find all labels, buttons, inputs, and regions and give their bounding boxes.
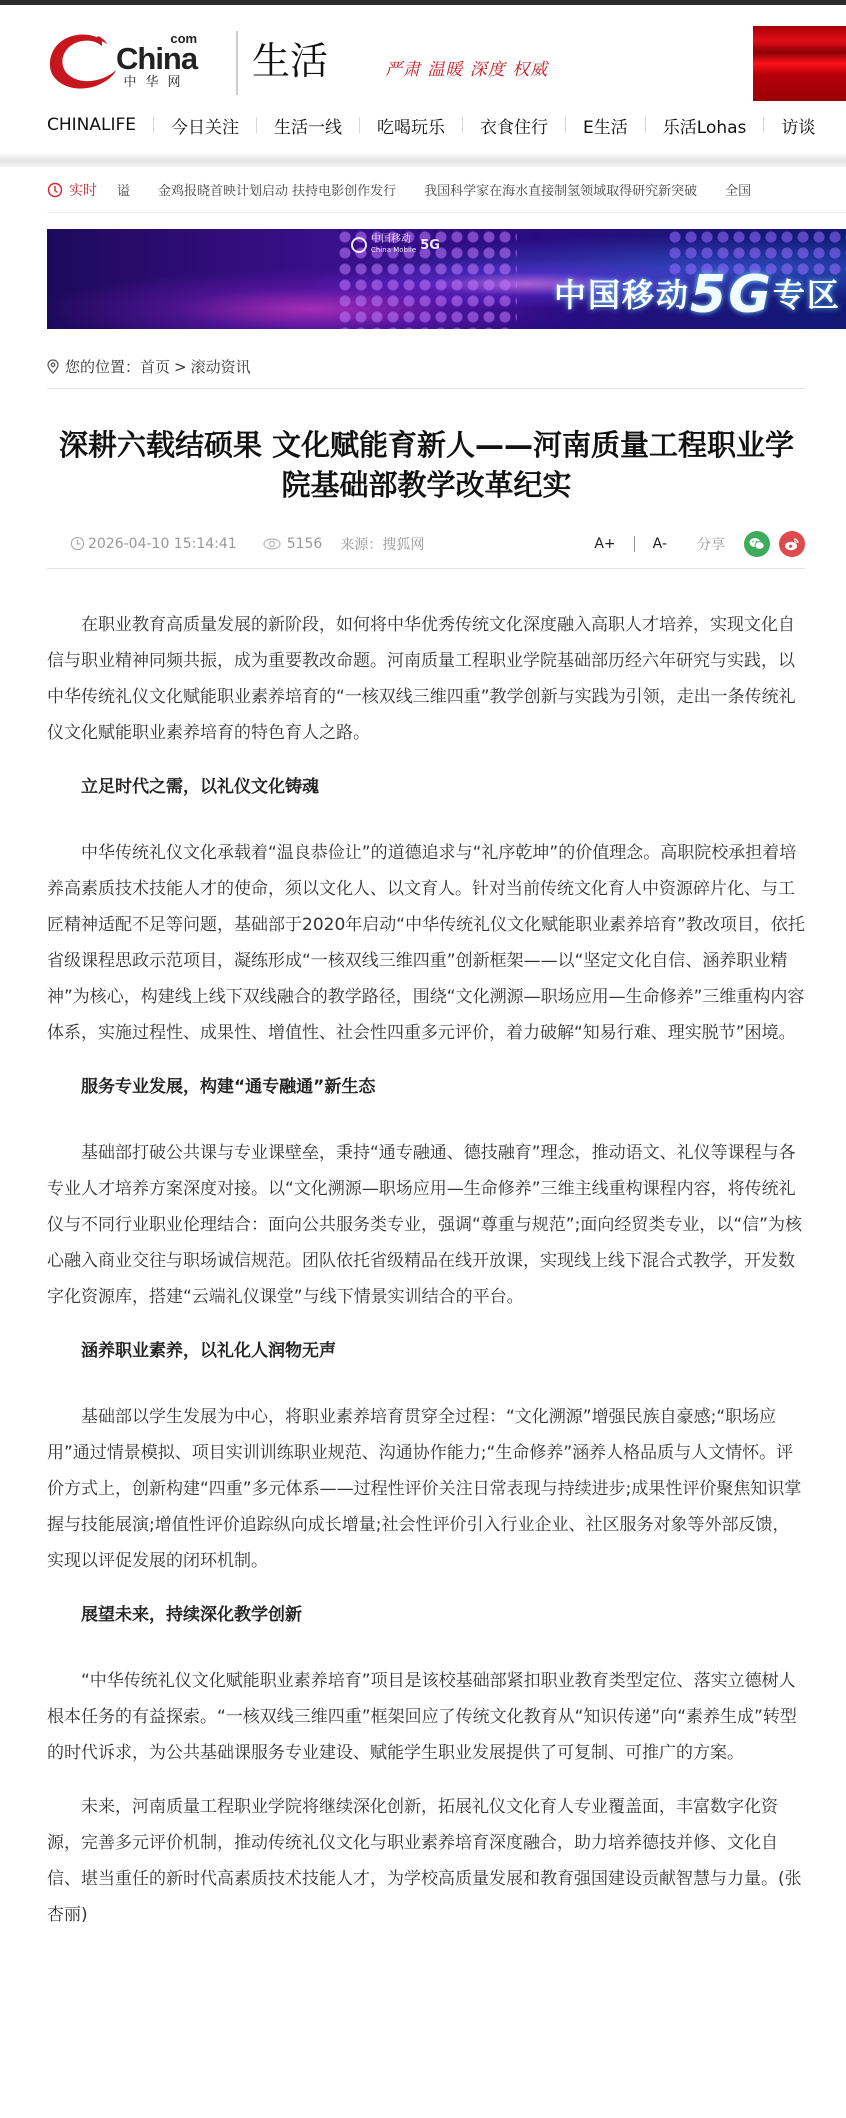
clock-icon [47,182,63,198]
nav-divider [645,117,646,133]
font-decrease-button[interactable]: A- [653,536,667,552]
section-heading: 涵养职业素养，以礼化人润物无声 [47,1333,805,1369]
banner-brand-en: China Mobile [371,245,416,255]
logo-cn: 中华网 [124,75,190,91]
channel-title[interactable]: 生活 [252,39,328,83]
section-heading: 展望未来，持续深化教学创新 [47,1597,805,1633]
section-heading: 立足时代之需，以礼仪文化铸魂 [47,769,805,805]
article-source: 来源：搜狐网 [340,534,424,554]
wechat-icon [749,537,765,551]
clock-icon [70,536,85,551]
nav-divider [153,117,154,133]
nav-divider [763,117,764,133]
nav-item-life-frontline[interactable]: 生活一线 [274,113,342,138]
nav-item-daily-living[interactable]: 衣食住行 [480,113,548,138]
article-title: 深耕六载结硕果 文化赋能育新人——河南质量工程职业学院基础部教学改革纪实 [47,425,806,505]
logo-divider [236,31,238,95]
nav-divider [462,117,463,133]
banner-brand-5g: 5G [420,238,440,253]
article-paragraph: 在职业教育高质量发展的新阶段，如何将中华优秀传统文化深度融入高职人才培养，实现文… [47,607,805,751]
nav-shadow [0,153,846,167]
banner-title-prefix: 中国移动 [554,276,690,314]
weibo-share-button[interactable] [779,531,805,557]
china-mobile-logo-icon [351,237,367,253]
ticker-item[interactable]: 谥 [117,180,130,199]
ticker-item[interactable]: 金鸡报晓首映计划启动 扶持电影创作发行 [158,180,396,199]
logo-c-mark-icon [44,30,122,94]
banner-title-suffix: 专区 [773,276,841,314]
nav-item-food-fun[interactable]: 吃喝玩乐 [377,113,445,138]
banner-brand: 中国移动 China Mobile 5G [351,235,440,255]
china-mobile-5g-banner[interactable]: 中国移动 China Mobile 5G 中国移动5G专区 [47,229,846,329]
page-bottom-spacer [0,1951,846,1991]
location-pin-icon [47,359,59,374]
eye-icon [263,538,281,550]
china-com-logo[interactable]: com China 中华网 [44,27,234,97]
logo-china: China [116,45,197,73]
news-ticker: 实时 谥 金鸡报晓首映计划启动 扶持电影创作发行 我国科学家在海水直接制氢领域取… [47,167,846,213]
breadcrumb-home[interactable]: 首页 [140,356,170,377]
banner-brand-cn: 中国移动 [371,235,416,245]
banner-title: 中国移动5G专区 [554,265,841,325]
breadcrumb: 您的位置： 首页 > 滚动资讯 [47,349,805,389]
article-body: 在职业教育高质量发展的新阶段，如何将中华优秀传统文化深度融入高职人才培养，实现文… [47,607,805,1933]
ticker-item[interactable]: 全国 [725,180,751,199]
nav-item-interview[interactable]: 访谈 [781,113,815,138]
publish-datetime: 2026-04-10 15:14:41 [88,536,237,552]
font-size-divider [634,536,635,552]
ticker-item[interactable]: 我国科学家在海水直接制氢领域取得研究新突破 [424,180,697,199]
article-paragraph: “中华传统礼仪文化赋能职业素养培育”项目是该校基础部紧扣职业教育类型定位、落实立… [47,1663,805,1771]
article-paragraph: 基础部打破公共课与专业课壁垒，秉持“通专融通、德技融育”理念，推动语文、礼仪等课… [47,1135,805,1315]
nav-item-chinalife[interactable]: CHINALIFE [47,115,136,135]
nav-item-today-focus[interactable]: 今日关注 [171,113,239,138]
weibo-icon [784,537,800,551]
wechat-share-button[interactable] [744,531,770,557]
breadcrumb-separator: > [174,358,187,376]
nav-divider [256,117,257,133]
nav-item-lohas[interactable]: 乐活Lohas [663,113,747,138]
font-increase-button[interactable]: A+ [594,536,615,552]
nav-item-e-life[interactable]: E生活 [583,113,628,138]
ticker-label: 实时 [69,180,97,200]
article-paragraph: 中华传统礼仪文化承载着“温良恭俭让”的道德追求与“礼序乾坤”的价值理念。高职院校… [47,835,805,1051]
article-meta: 2026-04-10 15:14:41 5156 来源：搜狐网 A+ A- 分享 [47,527,805,569]
nav-divider [565,117,566,133]
slogan: 严肃 温暖 深度 权威 [385,55,548,80]
breadcrumb-label: 您的位置： [65,356,140,377]
section-heading: 服务专业发展，构建“通专融通”新生态 [47,1069,805,1105]
banner-title-5g: 5G [690,265,773,325]
share-label: 分享 [697,534,725,554]
breadcrumb-current[interactable]: 滚动资讯 [191,356,251,377]
view-count: 5156 [287,536,323,552]
article-paragraph: 未来，河南质量工程职业学院将继续深化创新，拓展礼仪文化育人专业覆盖面，丰富数字化… [47,1789,805,1933]
nav-divider [359,117,360,133]
site-header: com China 中华网 生活 严肃 温暖 深度 权威 [0,5,846,105]
main-nav: CHINALIFE 今日关注 生活一线 吃喝玩乐 衣食住行 E生活 乐活Loha… [0,105,846,145]
red-ad-banner[interactable] [753,26,846,101]
article-paragraph: 基础部以学生发展为中心，将职业素养培育贯穿全过程：“文化溯源”增强民族自豪感;“… [47,1399,805,1579]
